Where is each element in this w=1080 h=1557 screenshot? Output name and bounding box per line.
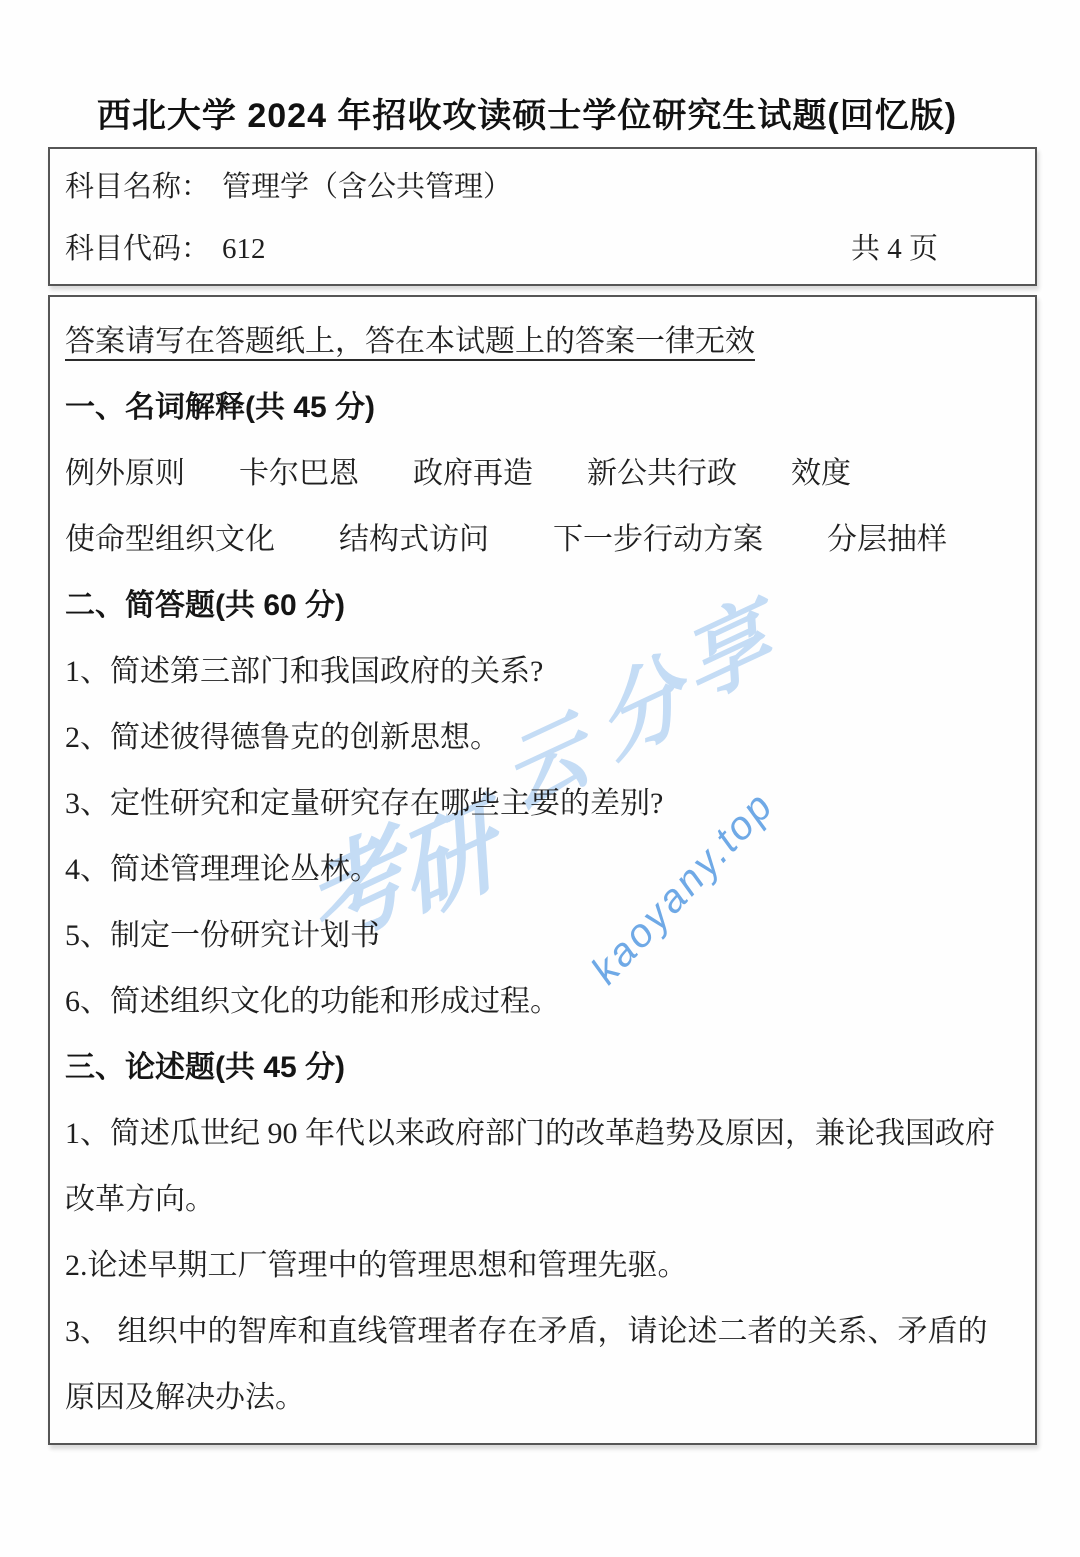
term-row: 使命型组织文化 结构式访问 下一步行动方案 分层抽样: [65, 507, 1015, 573]
term: 效度: [791, 441, 851, 507]
subject-code-value: 612: [222, 233, 266, 265]
essay-question: 3、 组织中的智库和直线管理者存在矛盾，请论述二者的关系、矛盾的原因及解决办法。: [65, 1299, 1015, 1431]
question-item: 6、简述组织文化的功能和形成过程。: [65, 969, 1015, 1035]
term: 新公共行政: [587, 441, 737, 507]
term: 政府再造: [413, 441, 533, 507]
subject-name-value: 管理学（含公共管理）: [222, 171, 512, 203]
content-box: 答案请写在答题纸上，答在本试题上的答案一律无效 一、名词解释(共 45 分) 例…: [48, 295, 1037, 1445]
section-3-heading: 三、论述题(共 45 分): [65, 1035, 1015, 1101]
question-item: 1、简述第三部门和我国政府的关系?: [65, 639, 1015, 705]
subject-name-row: 科目名称：管理学（含公共管理）: [50, 156, 1035, 218]
page-title: 西北大学 2024 年招收攻读硕士学位研究生试题(回忆版): [0, 88, 1054, 137]
section-1-heading: 一、名词解释(共 45 分): [65, 375, 1015, 441]
exam-paper-page: 考 研 云 分 享 kaoyany.top 西北大学 2024 年招收攻读硕士学…: [0, 0, 1080, 1557]
question-item: 4、简述管理理论丛林。: [65, 837, 1015, 903]
page-count: 共 4 页: [851, 218, 938, 280]
term: 例外原则: [65, 441, 185, 507]
subject-code-label: 科目代码：: [65, 233, 210, 265]
question-item: 3、定性研究和定量研究存在哪些主要的差别?: [65, 771, 1015, 837]
content-inner: 答案请写在答题纸上，答在本试题上的答案一律无效 一、名词解释(共 45 分) 例…: [50, 297, 1035, 1431]
subject-name-label: 科目名称：: [65, 171, 210, 203]
question-item: 5、制定一份研究计划书: [65, 903, 1015, 969]
subject-code-row: 科目代码：612 共 4 页: [50, 218, 1035, 280]
term: 卡尔巴恩: [239, 441, 359, 507]
section-2-heading: 二、简答题(共 60 分): [65, 573, 1015, 639]
document-content: 西北大学 2024 年招收攻读硕士学位研究生试题(回忆版) 科目名称：管理学（含…: [0, 0, 1080, 1557]
subject-code-cell: 科目代码：612: [65, 218, 266, 280]
answer-notice: 答案请写在答题纸上，答在本试题上的答案一律无效: [65, 309, 1015, 375]
answer-notice-text: 答案请写在答题纸上，答在本试题上的答案一律无效: [65, 325, 755, 361]
question-item: 2、简述彼得德鲁克的创新思想。: [65, 705, 1015, 771]
term: 分层抽样: [827, 507, 947, 573]
term: 结构式访问: [339, 507, 489, 573]
term: 下一步行动方案: [553, 507, 763, 573]
essay-question: 2.论述早期工厂管理中的管理思想和管理先驱。: [65, 1233, 1015, 1299]
term-row: 例外原则 卡尔巴恩 政府再造 新公共行政 效度: [65, 441, 1015, 507]
term: 使命型组织文化: [65, 507, 275, 573]
essay-question: 1、简述瓜世纪 90 年代以来政府部门的改革趋势及原因，兼论我国政府改革方向。: [65, 1101, 1015, 1233]
subject-header-table: 科目名称：管理学（含公共管理） 科目代码：612 共 4 页: [48, 147, 1037, 286]
